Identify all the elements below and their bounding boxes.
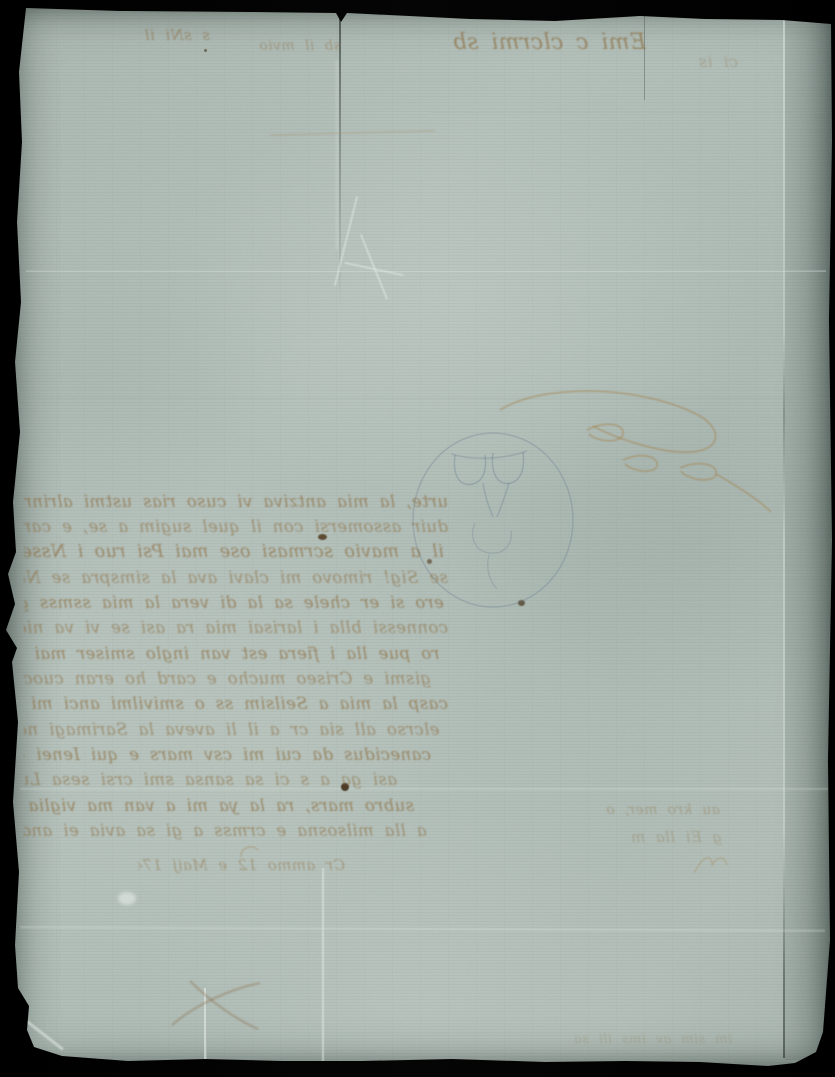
horizontal-fold-line-1 — [26, 270, 826, 272]
horizontal-crease-upper — [270, 130, 435, 136]
vertical-crease-bottom-center — [322, 868, 324, 1066]
bleed-line: duir assomersi con il quel sugim a se, e… — [24, 514, 448, 539]
bleed-line: asi ga a s ci sa sansa smi crsi sesa Lum… — [24, 767, 397, 792]
small-top-crease — [644, 16, 645, 100]
bleed-line: ero si er chele sa la di vera la mia ssm… — [24, 590, 444, 615]
small-flourish-bleed — [688, 842, 735, 889]
ink-bleed-address-fragment-2: sb il mvio — [233, 38, 341, 62]
ink-bleed-fragment-right-1: au kro mer, o — [548, 802, 720, 826]
bleed-line: urte, la mia antziva vi cuso rias ustmi … — [24, 489, 448, 514]
bleed-line: ro pue lla i fiera est van inglo smiser … — [24, 641, 440, 666]
scan-background: Emi c clcrmi sb s sNi il sb il mvio ci i… — [0, 0, 835, 1077]
faint-x-mark — [160, 975, 270, 1035]
ink-bleed-address-main: Emi c clcrmi sb — [428, 30, 646, 74]
right-fold-shaded-strip — [785, 18, 832, 1060]
paragraph-end-curl — [238, 842, 264, 862]
bleed-line: gismi e Criseo mucho e card ho eran cuoc… — [24, 666, 431, 691]
bleed-line: il a mavio scrmasi ose mai Psi ruo i Nss… — [24, 540, 444, 565]
bleed-line: casp la mia a Seilsim ss o smivilmi anci… — [24, 691, 448, 716]
ink-bleed-address-fragment-3: ci is — [650, 52, 738, 92]
ink-speck-5 — [204, 49, 207, 52]
bleed-line: se Sig! rimovo mi clavi ava la simspra s… — [24, 565, 448, 590]
bottom-left-corner-curl — [21, 1016, 64, 1050]
horizontal-fold-line-3 — [20, 926, 825, 932]
vertical-fold-crease-right — [783, 20, 785, 1058]
bleed-line: connessi blla i larisai mia ra asi se vi… — [24, 615, 448, 640]
bleed-line: a lla milsosna e crmss a gi sa avia ei a… — [24, 818, 427, 843]
bleed-line: elcrso all sia cr a il li aveva la Sarim… — [24, 717, 440, 742]
ink-bleed-text-block: urte, la mia antziva vi cuso rias ustmi … — [24, 489, 448, 843]
bleed-line: subro mars, ra la ya mi a van ma viglia … — [24, 793, 414, 818]
horizontal-fold-line-5 — [430, 112, 825, 113]
ink-bleed-fragment-bottom: im sim av ims ili sa — [400, 1032, 732, 1054]
light-blotch — [118, 892, 136, 905]
wrinkle-mark-1 — [334, 196, 358, 286]
ink-bleed-address-fragment-1: s sNi il — [126, 26, 210, 52]
ink-flourish-bleed — [475, 368, 785, 518]
paper-sheet: Emi c clcrmi sb s sNi il sb il mvio ci i… — [0, 0, 835, 1077]
vertical-fold-highlight — [336, 60, 338, 250]
bleed-line: canecidus da cui mi csv mars e qui Ienei… — [24, 742, 431, 767]
